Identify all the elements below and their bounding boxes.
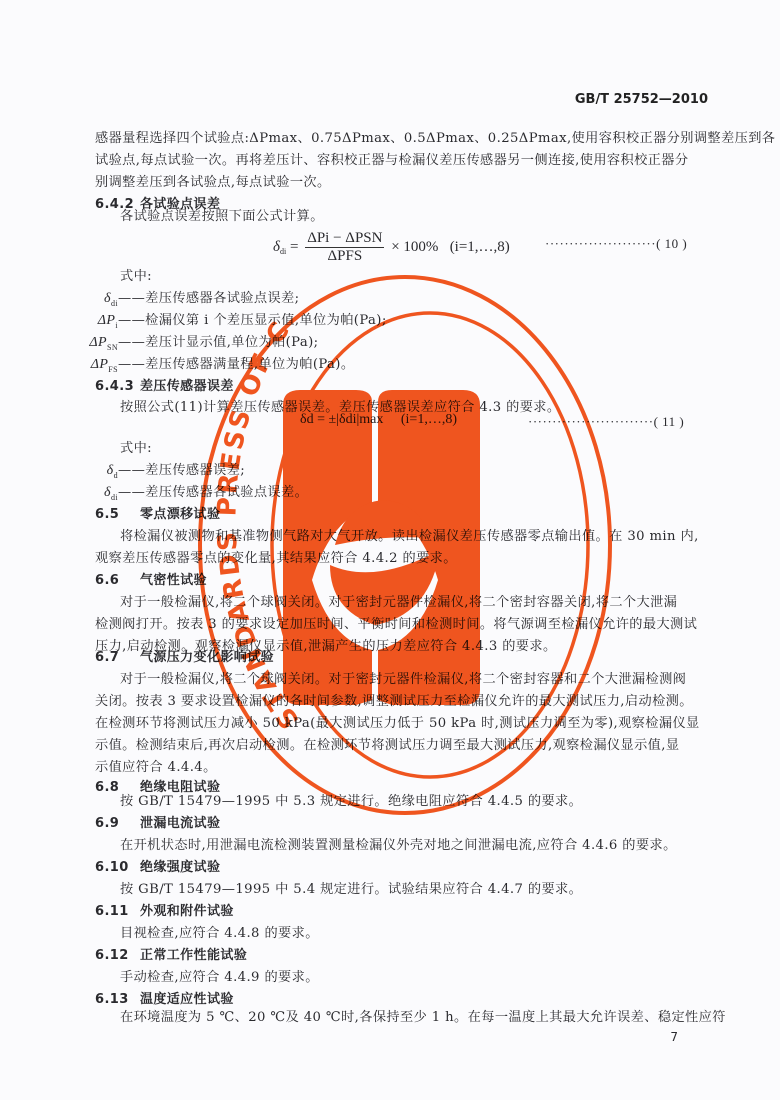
where-label: 式中: — [120, 438, 730, 460]
s66-line-1: 对于一般检漏仪,将二个球阀关闭。对于密封元器件检漏仪,将二个密封容器关闭,将二个… — [120, 592, 730, 614]
standard-code: GB/T 25752—2010 — [575, 92, 708, 107]
section-heading-6-10: 6.10 绝缘强度试验 — [95, 857, 705, 879]
fraction: ΔPi − ΔPSN ΔPFS — [305, 230, 384, 265]
section-heading-6-4-3: 6.4.3 差压传感器误差 — [95, 376, 705, 398]
s642-text: 各试验点误差按照下面公式计算。 — [120, 206, 730, 228]
section-heading-6-6: 6.6 气密性试验 — [95, 570, 705, 592]
s65-line-1: 将检漏仪被测物和基准物侧气路对大气开放。读出检漏仪差压传感器零点输出值。在 30… — [120, 526, 730, 548]
s611-line-1: 目视检查,应符合 4.4.8 的要求。 — [120, 923, 730, 945]
intro-line-2: 试验点,每点试验一次。再将差压计、容积校正器与检漏仪差压传感器另一侧连接,使用容… — [95, 150, 705, 172]
section-heading-6-11: 6.11 外观和附件试验 — [95, 901, 705, 923]
formula-10: δdi = ΔPi − ΔPSN ΔPFS × 100% (i=1,…,8) — [273, 230, 510, 265]
s66-line-2: 检测阀打开。按表 3 的要求设定加压时间、平衡时间和检测时间。将气源调至检漏仪允… — [95, 614, 705, 636]
s610-line-1: 按 GB/T 15479—1995 中 5.4 规定进行。试验结果应符合 4.4… — [120, 879, 730, 901]
page-number: 7 — [670, 1030, 678, 1044]
s65-line-2: 观察差压传感器零点的变化量,其结果应符合 4.4.2 的要求。 — [95, 548, 705, 570]
section-heading-6-7: 6.7 气源压力变化影响试验 — [95, 647, 705, 669]
section-heading-6-9: 6.9 泄漏电流试验 — [95, 813, 705, 835]
s68-line-1: 按 GB/T 15479—1995 中 5.3 规定进行。绝缘电阻应符合 4.4… — [120, 791, 730, 813]
s67-line-2: 关闭。按表 3 要求设置检漏仪的各时间参数,调整测试压力至检漏仪允许的最大测试压… — [95, 691, 705, 713]
equation-number-11: ··························( 11 ) — [528, 414, 684, 430]
section-heading-6-12: 6.12 正常工作性能试验 — [95, 945, 705, 967]
s69-line-1: 在开机状态时,用泄漏电流检测装置测量检漏仪外壳对地之间泄漏电流,应符合 4.4.… — [120, 835, 730, 857]
document-page: GB/T 25752—2010 感器量程选择四个试验点:ΔPmax、0.75ΔP… — [0, 0, 780, 1100]
formula-11: δd = ±|δdi|max (i=1,…,8) — [300, 412, 457, 428]
s67-line-3: 在检测环节将测试压力减小 50 kPa(最大测试压力低于 50 kPa 时,测试… — [95, 713, 705, 735]
s613-line-1: 在环境温度为 5 ℃、20 ℃及 40 ℃时,各保持至少 1 h。在每一温度上其… — [120, 1007, 730, 1029]
equation-number-10: ·······················( 10 ) — [545, 236, 687, 252]
s67-line-1: 对于一般检漏仪,将二个球阀关闭。对于密封元器件检漏仪,将二个密封容器和二个大泄漏… — [120, 669, 730, 691]
where-label: 式中: — [120, 266, 730, 288]
section-heading-6-5: 6.5 零点漂移试验 — [95, 504, 705, 526]
intro-line-1: 感器量程选择四个试验点:ΔPmax、0.75ΔPmax、0.5ΔPmax、0.2… — [95, 128, 705, 150]
s67-line-4: 示值。检测结束后,再次启动检测。在检测环节将测试压力调至最大测试压力,观察检漏仪… — [95, 735, 705, 757]
intro-line-3: 别调整差压到各试验点,每点试验一次。 — [95, 172, 705, 194]
s67-line-5: 示值应符合 4.4.4。 — [95, 757, 705, 779]
s612-line-1: 手动检查,应符合 4.4.9 的要求。 — [120, 967, 730, 989]
